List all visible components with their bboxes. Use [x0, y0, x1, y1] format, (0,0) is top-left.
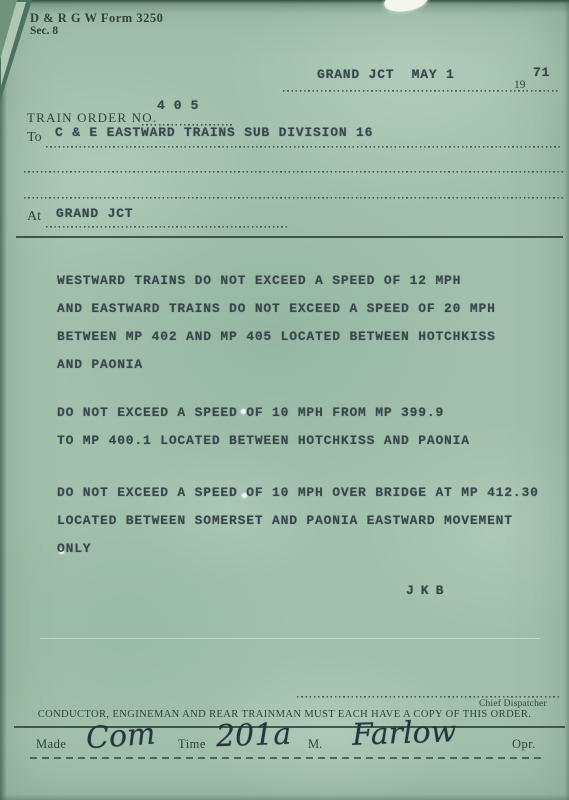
train-order-no-value: 405 [157, 98, 207, 113]
at-rule [46, 226, 288, 228]
scan-edge-left [0, 0, 7, 800]
scan-edge-bottom [0, 794, 569, 800]
signature-rule [30, 757, 545, 759]
date-station-value: GRAND JCT MAY 1 [317, 67, 455, 82]
order-line: TO MP 400.1 LOCATED BETWEEN HOTCHKISS AN… [57, 427, 470, 455]
order-paragraph-2: DO NOT EXCEED A SPEED OF 10 MPH FROM MP … [57, 399, 470, 455]
order-line: LOCATED BETWEEN SOMERSET AND PAONIA EAST… [57, 507, 539, 535]
scan-edge-right [564, 0, 569, 800]
order-line: DO NOT EXCEED A SPEED OF 10 MPH OVER BRI… [57, 479, 539, 507]
train-order-no-label: TRAIN ORDER NO. [27, 110, 157, 126]
paper-crease [40, 638, 540, 639]
meridian-label: M. [308, 737, 322, 752]
to-value: C & E EASTWARD TRAINS SUB DIVISION 16 [55, 125, 373, 140]
to-label: To [27, 130, 42, 146]
form-number: D & R G W Form 3250 [30, 11, 163, 26]
order-line: DO NOT EXCEED A SPEED OF 10 MPH FROM MP … [57, 399, 470, 427]
order-line: ONLY [57, 535, 539, 563]
operator-label: Opr. [512, 737, 536, 752]
header-divider-rule [16, 236, 563, 238]
train-order-form: D & R G W Form 3250 Sec. 8 GRAND JCT MAY… [0, 0, 569, 800]
form-section: Sec. 8 [30, 25, 58, 37]
dispatcher-initials: JKB [406, 583, 450, 598]
made-value-handwritten: Com [85, 717, 157, 757]
chief-dispatcher-rule [297, 696, 559, 698]
order-line: BETWEEN MP 402 AND MP 405 LOCATED BETWEE… [57, 323, 496, 351]
order-line: AND EASTWARD TRAINS DO NOT EXCEED A SPEE… [57, 295, 496, 323]
time-value-handwritten: 201a [215, 717, 291, 755]
addressee-rule-1 [24, 171, 565, 173]
operator-signature: Farlow [351, 714, 457, 753]
chief-dispatcher-label: Chief Dispatcher [479, 699, 547, 709]
order-paragraph-3: DO NOT EXCEED A SPEED OF 10 MPH OVER BRI… [57, 479, 539, 563]
order-line: WESTWARD TRAINS DO NOT EXCEED A SPEED OF… [57, 267, 496, 295]
order-line: AND PAONIA [57, 351, 496, 379]
year-typed: 71 [533, 65, 550, 80]
time-label: Time [178, 737, 206, 752]
at-label: At [27, 209, 41, 225]
order-paragraph-1: WESTWARD TRAINS DO NOT EXCEED A SPEED OF… [57, 267, 496, 379]
to-rule [46, 146, 560, 148]
addressee-rule-2 [24, 197, 565, 199]
year-printed: 19 [514, 79, 526, 91]
made-label: Made [36, 737, 66, 752]
at-value: GRAND JCT [56, 206, 133, 221]
